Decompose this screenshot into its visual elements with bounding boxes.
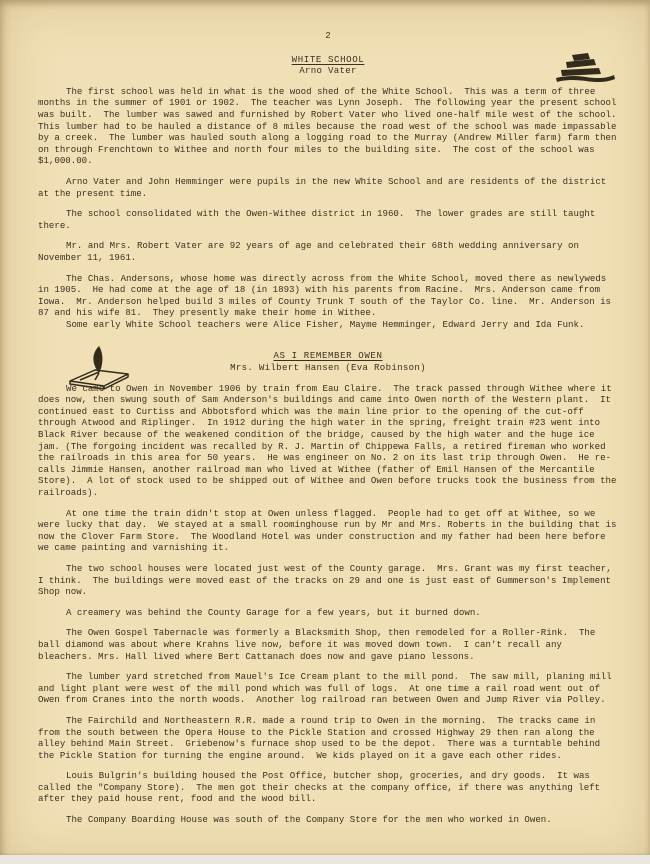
paragraph: A creamery was behind the County Garage … bbox=[38, 607, 618, 619]
paragraph: The Fairchild and Northeastern R.R. made… bbox=[38, 715, 618, 761]
section-title: AS I REMEMBER OWEN bbox=[273, 350, 382, 362]
page-number: 2 bbox=[38, 30, 618, 42]
paragraph: Arno Vater and John Hemminger were pupil… bbox=[38, 176, 618, 199]
section-as-i-remember-owen: AS I REMEMBER OWEN Mrs. Wilbert Hansen (… bbox=[38, 350, 618, 825]
stacked-books-icon bbox=[554, 52, 616, 90]
section-header: WHITE SCHOOL Arno Vater bbox=[38, 54, 618, 77]
paragraph: Mr. and Mrs. Robert Vater are 92 years o… bbox=[38, 240, 618, 263]
scan-edge-artifact bbox=[0, 855, 650, 864]
paragraph: The Owen Gospel Tabernacle was formerly … bbox=[38, 627, 618, 662]
paragraph: The lumber yard stretched from Mauel's I… bbox=[38, 671, 618, 706]
paragraph: We came to Owen in November 1906 by trai… bbox=[38, 383, 618, 499]
scanned-page: 2 WHITE SCHOOL Arno Vater The first scho… bbox=[0, 0, 650, 864]
paragraph: The school consolidated with the Owen-Wi… bbox=[38, 208, 618, 231]
paragraph: The Chas. Andersons, whose home was dire… bbox=[38, 273, 618, 319]
section-title: WHITE SCHOOL bbox=[292, 54, 365, 66]
paragraph: At one time the train didn't stop at Owe… bbox=[38, 508, 618, 554]
paragraph: Louis Bulgrin's building housed the Post… bbox=[38, 770, 618, 805]
paragraph: The two school houses were located just … bbox=[38, 563, 618, 598]
section-header: AS I REMEMBER OWEN Mrs. Wilbert Hansen (… bbox=[38, 350, 618, 373]
quill-and-book-icon bbox=[66, 344, 132, 394]
paragraph: The first school was held in what is the… bbox=[38, 86, 618, 167]
paragraph: Some early White School teachers were Al… bbox=[38, 319, 618, 331]
section-white-school: WHITE SCHOOL Arno Vater The first school… bbox=[38, 54, 618, 331]
section-byline: Arno Vater bbox=[38, 65, 618, 77]
paragraph: The Company Boarding House was south of … bbox=[38, 814, 618, 826]
